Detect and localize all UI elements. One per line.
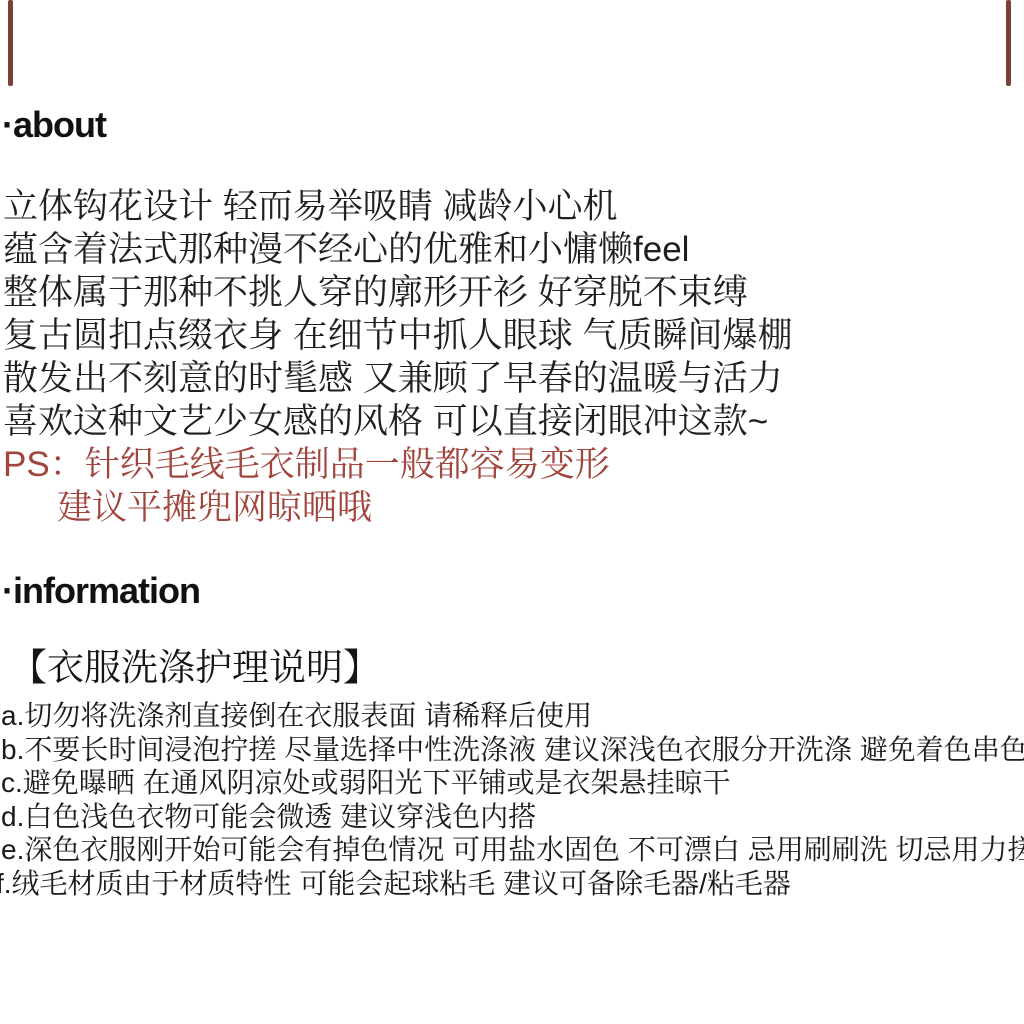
information-section-heading: ·information — [2, 573, 200, 609]
product-description-block: 立体钩花设计 轻而易举吸睛 减龄小心机 蕴含着法式那种漫不经心的优雅和小慵懒fe… — [3, 185, 792, 529]
about-section-heading: ·about — [2, 107, 106, 143]
description-line: 整体属于那种不挑人穿的廓形开衫 好穿脱不束缚 — [3, 271, 792, 314]
care-instruction-item: b.不要长时间浸泡拧搓 尽量选择中性洗涤液 建议深浅色衣服分开洗涤 避免着色串色 — [1, 733, 1024, 767]
description-line: 蕴含着法式那种漫不经心的优雅和小慵懒feel — [3, 228, 792, 271]
description-line: 立体钩花设计 轻而易举吸睛 减龄小心机 — [3, 185, 792, 228]
product-description-page: ·about 立体钩花设计 轻而易举吸睛 减龄小心机 蕴含着法式那种漫不经心的优… — [0, 0, 1024, 1024]
photo-frame-edge-left — [8, 0, 13, 86]
description-line: 复古圆扣点缀衣身 在细节中抓人眼球 气质瞬间爆棚 — [3, 314, 792, 357]
care-instruction-item: d.白色浅色衣物可能会微透 建议穿浅色内搭 — [1, 800, 1024, 834]
care-instruction-item: a.切勿将洗涤剂直接倒在衣服表面 请稀释后使用 — [1, 699, 1024, 733]
care-instruction-item: c.避免曝晒 在通风阴凉处或弱阳光下平铺或是衣架悬挂晾干 — [1, 766, 1024, 800]
care-instructions-list: a.切勿将洗涤剂直接倒在衣服表面 请稀释后使用 b.不要长时间浸泡拧搓 尽量选择… — [1, 699, 1024, 900]
description-line: 喜欢这种文艺少女感的风格 可以直接闭眼冲这款~ — [3, 400, 792, 443]
photo-frame-edge-right — [1006, 0, 1011, 86]
care-instruction-item: e.深色衣服刚开始可能会有掉色情况 可用盐水固色 不可漂白 忌用刷刷洗 切忌用力… — [1, 833, 1024, 867]
ps-note-line-1: PS：针织毛线毛衣制品一般都容易变形 — [3, 443, 792, 486]
description-line: 散发出不刻意的时髦感 又兼顾了早春的温暖与活力 — [3, 357, 792, 400]
care-instruction-item: f.绒毛材质由于材质特性 可能会起球粘毛 建议可备除毛器/粘毛器 — [0, 867, 1024, 901]
ps-note-line-2: 建议平摊兜网晾晒哦 — [3, 486, 792, 529]
care-instructions-title: 【衣服洗涤护理说明】 — [10, 646, 380, 690]
